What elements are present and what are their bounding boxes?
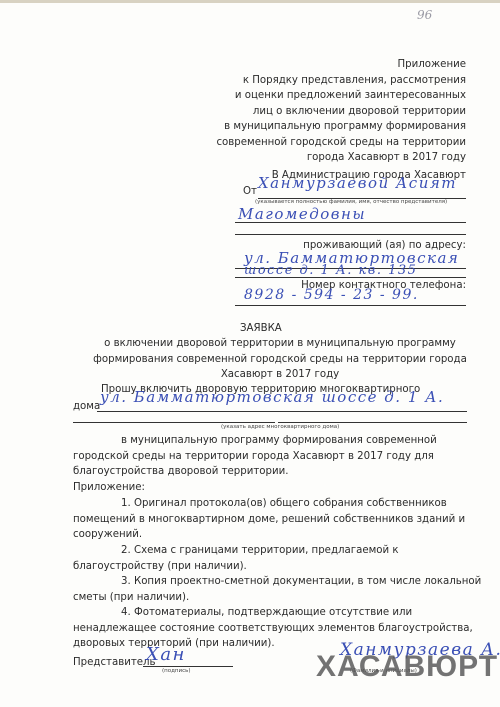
attachment-item-3: 3. Копия проектно-сметной документации, … [73, 574, 483, 605]
from-name-line1[interactable]: Ханмурзаевой Асият [258, 174, 457, 192]
attachment-item-1: 1. Оригинал протокола(ов) общего собрани… [73, 496, 483, 543]
blank-underline [235, 234, 466, 235]
scan-edge [0, 0, 500, 3]
signature-caption: (подпись) [162, 668, 191, 674]
phone-value[interactable]: 8928 - 594 - 23 - 99. [244, 287, 419, 303]
appendix-line: лиц о включении дворовой территории [216, 104, 466, 120]
house-underline [97, 411, 467, 412]
document-subtitle: о включении дворовой территории в муници… [60, 336, 500, 383]
signature-underline [143, 666, 233, 667]
house-caption: (указать адрес многоквартирного дома) [221, 424, 339, 430]
house-value[interactable]: ул. Бамматюртовская шоссе д. 1 А. [100, 388, 444, 406]
appendix-line: города Хасавюрт в 2017 году [216, 150, 466, 166]
phone-underline [235, 305, 466, 306]
appendix-line: в муниципальную программу формирования [216, 119, 466, 135]
house-label: дома [73, 399, 100, 415]
subtitle-line: Хасавюрт в 2017 году [60, 367, 500, 383]
from-name-line2[interactable]: Магомедовны [238, 205, 366, 223]
subtitle-line: формирования современной городской среды… [60, 352, 500, 368]
watermark: ХАСАВЮРТ [316, 650, 498, 684]
address-line2[interactable]: шоссе д. 1 А. кв. 135 [244, 263, 417, 278]
appendix-header: Приложение к Порядку представления, расс… [216, 57, 466, 166]
from-name-line2-underline [235, 222, 466, 223]
document-heading: ЗАЯВКА [240, 321, 282, 337]
program-text: в муниципальную программу формирования с… [73, 433, 483, 480]
house-underline-2b [278, 422, 467, 423]
attachment-item-2: 2. Схема с границами территории, предлаг… [73, 543, 483, 574]
page-number: 96 [417, 8, 432, 22]
signature-label: Представитель [73, 655, 156, 671]
subtitle-line: о включении дворовой территории в муници… [60, 336, 500, 352]
house-underline-2a [73, 422, 275, 423]
appendix-line: и оценки предложений заинтересованных [216, 88, 466, 104]
appendix-line: современной городской среды на территори… [216, 135, 466, 151]
appendix-line: Приложение [216, 57, 466, 73]
from-label: От [243, 184, 257, 200]
attachments-heading: Приложение: [73, 480, 145, 496]
signature-mark[interactable]: Хан [146, 644, 186, 665]
appendix-line: к Порядку представления, рассмотрения [216, 73, 466, 89]
